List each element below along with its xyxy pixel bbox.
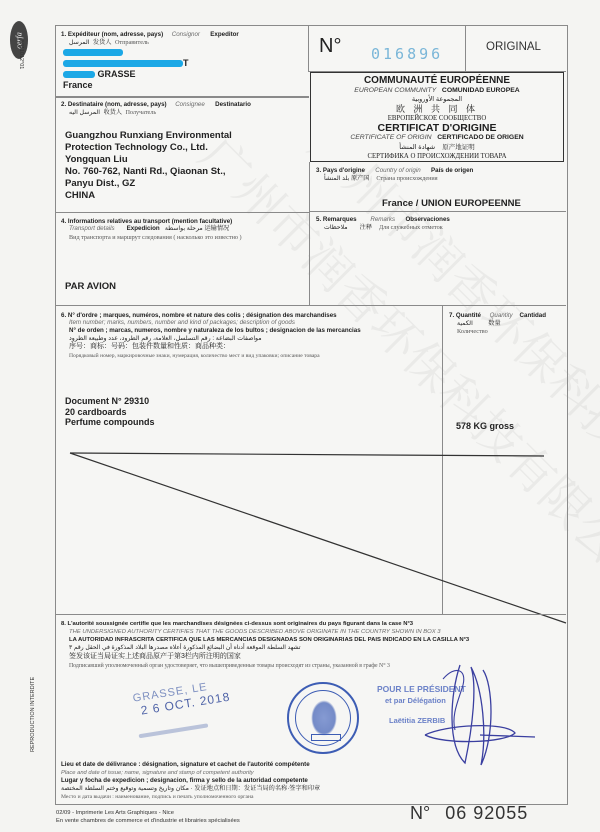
date-stamp: GRASSE, LE 2 6 OCT. 2018 xyxy=(132,678,234,739)
cert-statement-ar: تشهد السلطة الموقعة أدناه أن البضائع الم… xyxy=(69,644,301,652)
cert-statement-es: LA AUTORIDAD INFRASCRITA CERTIFICA QUE L… xyxy=(69,637,469,643)
footer-no-label: N° xyxy=(410,803,430,823)
chamber-seal: CHAMBRE DE COMMERCE ET D'INDUSTRIE NICE … xyxy=(287,682,359,754)
issue-label-fr: Lieu et date de délivrance : désignation… xyxy=(61,761,310,768)
cert-statement-ru: Подписавший уполномоченный орган удостов… xyxy=(69,662,390,670)
footer-serial: 06 92055 xyxy=(445,803,528,823)
issue-label-es: Lugar y focha de expedicion ; designacio… xyxy=(61,777,308,784)
cert-statement-en: THE UNDERSIGNED AUTHORITY CERTIFIES THAT… xyxy=(69,628,441,636)
handwritten-signature xyxy=(355,655,555,770)
issue-label-en: Place and date of issue; name, signature… xyxy=(61,769,254,777)
issue-label-ru: Место и дата выдачи : наименование, подп… xyxy=(61,793,253,801)
cert-statement-fr: 8. L'autorité soussignée certifie que le… xyxy=(61,621,413,627)
cert-statement-zh: 签发该证当局证实上述商品原产于第3栏内所注明的国家 xyxy=(69,653,241,661)
footer-number: N° 06 92055 xyxy=(410,803,528,824)
printer-info: 02/09 - Imprimerie Les Arts Graphiques -… xyxy=(56,810,240,818)
box-certification: 8. L'autorité soussignée certifie que le… xyxy=(55,614,566,804)
sale-info: En vente chambres de commerce et d'indus… xyxy=(56,818,240,826)
issue-label-ar-zh: مكان وتاريخ وتسمية وتوقيع وختم السلطة ال… xyxy=(61,785,320,793)
